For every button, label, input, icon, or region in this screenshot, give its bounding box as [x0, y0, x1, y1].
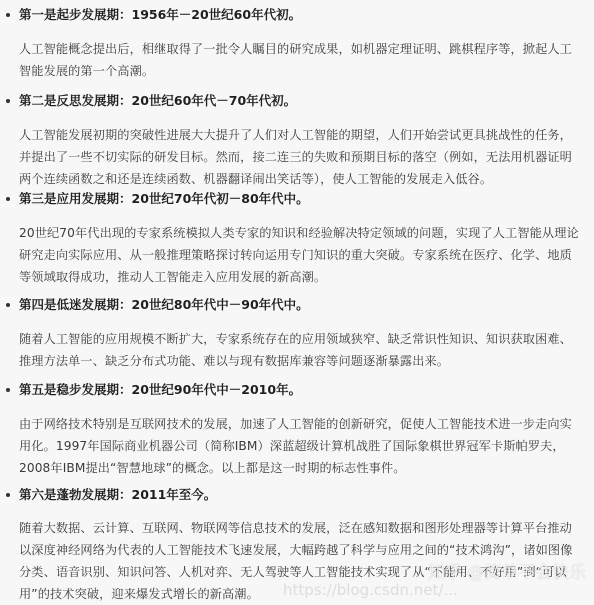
watermark: 知乎 @简单不会快乐: [428, 558, 586, 583]
body-line: 随着人工智能的应用规模不断扩大，专家系统存在的应用领域狭窄、缺乏常识性知识、知识…: [19, 328, 582, 350]
body-line: 用化。1997年国际商业机器公司（简称IBM）深蓝超级计算机战胜了国际象棋世界冠…: [19, 435, 582, 457]
heading-text: 第一是起步发展期：1956年－20世纪60年代初。: [19, 7, 301, 22]
section-body: 随着人工智能的应用规模不断扩大，专家系统存在的应用领域狭窄、缺乏常识性知识、知识…: [0, 328, 594, 372]
body-line: 随着大数据、云计算、互联网、物联网等信息技术的发展，泛在感知数据和图形处理器等计…: [19, 517, 582, 539]
body-line: 人工智能发展初期的突破性进展大大提升了人们对人工智能的期望，人们开始尝试更具挑战…: [19, 124, 582, 146]
heading-text: 第四是低迷发展期：20世纪80年代中－90年代中。: [19, 297, 309, 312]
body-line: 人工智能概念提出后，相继取得了一批令人瞩目的研究成果，如机器定理证明、跳棋程序等…: [19, 38, 582, 60]
watermark-url: https://blog.csdn.net/...: [283, 581, 458, 599]
section-3: 第三是应用发展期：20世纪70年代初－80年代中。 20世纪70年代出现的专家系…: [0, 189, 594, 288]
heading-text: 第二是反思发展期：20世纪60年代－70年代初。: [19, 93, 296, 108]
section-heading: 第一是起步发展期：1956年－20世纪60年代初。: [0, 5, 594, 25]
bullet-icon: [6, 99, 10, 103]
section-heading: 第四是低迷发展期：20世纪80年代中－90年代中。: [0, 295, 594, 315]
body-line: 智能发展的第一个高潮。: [19, 60, 582, 82]
bullet-icon: [6, 197, 10, 201]
section-1: 第一是起步发展期：1956年－20世纪60年代初。 人工智能概念提出后，相继取得…: [0, 5, 594, 82]
bullet-icon: [6, 493, 10, 497]
section-heading: 第六是蓬勃发展期：2011年至今。: [0, 485, 594, 505]
body-line: 由于网络技术特别是互联网技术的发展，加速了人工智能的创新研究，促使人工智能技术进…: [19, 413, 582, 435]
heading-text: 第六是蓬勃发展期：2011年至今。: [19, 487, 216, 502]
body-line: 等领域取得成功，推动人工智能走入应用发展的新高潮。: [19, 266, 582, 288]
section-body: 20世纪70年代出现的专家系统模拟人类专家的知识和经验解决特定领域的问题，实现了…: [0, 222, 594, 288]
section-heading: 第五是稳步发展期：20世纪90年代中－2010年。: [0, 380, 594, 400]
body-line: 20世纪70年代出现的专家系统模拟人类专家的知识和经验解决特定领域的问题，实现了…: [19, 222, 582, 244]
section-heading: 第三是应用发展期：20世纪70年代初－80年代中。: [0, 189, 594, 209]
section-body: 由于网络技术特别是互联网技术的发展，加速了人工智能的创新研究，促使人工智能技术进…: [0, 413, 594, 479]
bullet-icon: [6, 388, 10, 392]
body-line: 两个连续函数之和还是连续函数、机器翻译闹出笑话等），使人工智能的发展走入低谷。: [19, 168, 582, 190]
bullet-icon: [6, 13, 10, 17]
section-2: 第二是反思发展期：20世纪60年代－70年代初。 人工智能发展初期的突破性进展大…: [0, 91, 594, 190]
section-4: 第四是低迷发展期：20世纪80年代中－90年代中。 随着人工智能的应用规模不断扩…: [0, 295, 594, 372]
body-line: 推理方法单一、缺乏分布式功能、难以与现有数据库兼容等问题逐渐暴露出来。: [19, 350, 582, 372]
heading-text: 第五是稳步发展期：20世纪90年代中－2010年。: [19, 382, 301, 397]
body-line: 并提出了一些不切实际的研发目标。然而，接二连三的失败和预期目标的落空（例如，无法…: [19, 146, 582, 168]
body-line: 2008年IBM提出“智慧地球”的概念。以上都是这一时期的标志性事件。: [19, 457, 582, 479]
body-line: 研究走向实际应用、从一般推理策略探讨转向运用专门知识的重大突破。专家系统在医疗、…: [19, 244, 582, 266]
section-heading: 第二是反思发展期：20世纪60年代－70年代初。: [0, 91, 594, 111]
section-body: 人工智能发展初期的突破性进展大大提升了人们对人工智能的期望，人们开始尝试更具挑战…: [0, 124, 594, 190]
bullet-icon: [6, 303, 10, 307]
heading-text: 第三是应用发展期：20世纪70年代初－80年代中。: [19, 191, 309, 206]
section-5: 第五是稳步发展期：20世纪90年代中－2010年。 由于网络技术特别是互联网技术…: [0, 380, 594, 479]
section-body: 人工智能概念提出后，相继取得了一批令人瞩目的研究成果，如机器定理证明、跳棋程序等…: [0, 38, 594, 82]
